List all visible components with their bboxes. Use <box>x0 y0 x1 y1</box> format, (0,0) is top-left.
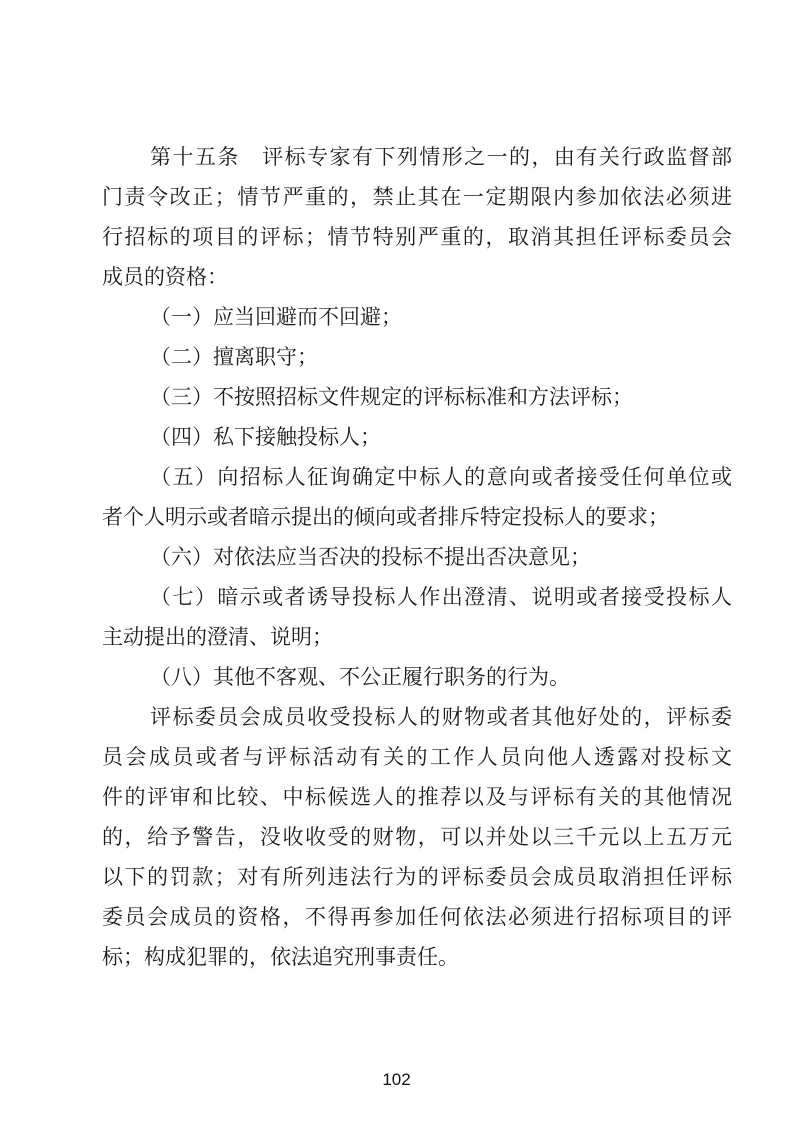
text-line: 主动提出的澄清、说明； <box>102 617 732 657</box>
text-line: 成员的资格： <box>102 257 732 297</box>
text-line: 以下的罚款；对有所列违法行为的评标委员会成员取消担任评标 <box>102 857 732 897</box>
text-line: 委员会成员的资格，不得再参加任何依法必须进行招标项目的评 <box>102 897 732 937</box>
text-line: （四）私下接触投标人； <box>102 417 732 457</box>
text-line: （七）暗示或者诱导投标人作出澄清、说明或者接受投标人 <box>102 577 732 617</box>
text-line: 第十五条 评标专家有下列情形之一的，由有关行政监督部 <box>102 137 732 177</box>
text-line: （三）不按照招标文件规定的评标标准和方法评标； <box>102 377 732 417</box>
text-line: 门责令改正；情节严重的，禁止其在一定期限内参加依法必须进 <box>102 177 732 217</box>
text-line: （六）对依法应当否决的投标不提出否决意见； <box>102 537 732 577</box>
text-line: 行招标的项目的评标；情节特别严重的，取消其担任评标委员会 <box>102 217 732 257</box>
text-line: （八）其他不客观、不公正履行职务的行为。 <box>102 657 732 697</box>
text-line: （一）应当回避而不回避； <box>102 297 732 337</box>
text-line: 评标委员会成员收受投标人的财物或者其他好处的，评标委 <box>102 697 732 737</box>
text-line: 者个人明示或者暗示提出的倾向或者排斥特定投标人的要求； <box>102 497 732 537</box>
text-line: （五）向招标人征询确定中标人的意向或者接受任何单位或 <box>102 457 732 497</box>
page-number: 102 <box>0 1070 793 1090</box>
text-line: 的，给予警告，没收收受的财物，可以并处以三千元以上五万元 <box>102 817 732 857</box>
text-line: （二）擅离职守； <box>102 337 732 377</box>
text-line: 件的评审和比较、中标候选人的推荐以及与评标有关的其他情况 <box>102 777 732 817</box>
text-line: 标；构成犯罪的，依法追究刑事责任。 <box>102 937 732 977</box>
text-line: 员会成员或者与评标活动有关的工作人员向他人透露对投标文 <box>102 737 732 777</box>
document-body: 第十五条 评标专家有下列情形之一的，由有关行政监督部门责令改正；情节严重的，禁止… <box>102 137 732 977</box>
document-page: 第十五条 评标专家有下列情形之一的，由有关行政监督部门责令改正；情节严重的，禁止… <box>0 0 793 1122</box>
